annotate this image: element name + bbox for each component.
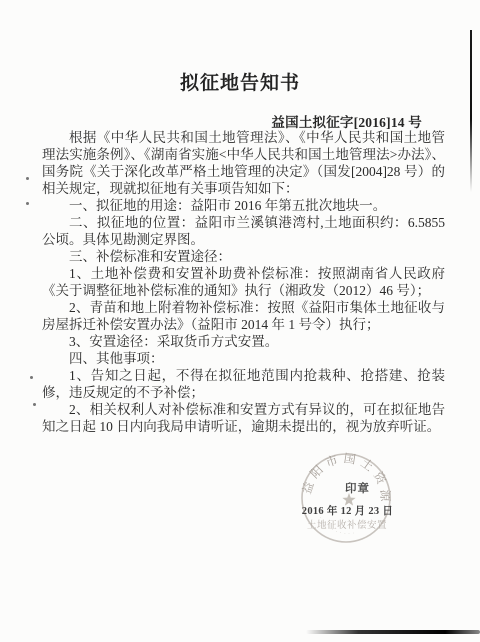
document-page: 拟征地告知书 益国土拟征字[2016]14 号 根据《中华人民共和国土地管理法》… xyxy=(0,0,480,642)
official-seal: 益阳市国土资源局 印章 2016 年 12 月 23 日 土地征收补偿安置 ··… xyxy=(296,450,398,550)
seal-bottom-text: 土地征收补偿安置 xyxy=(307,519,387,531)
seal-label: 印章 xyxy=(345,481,370,495)
paragraph-item3-compensation-heading: 三、补偿标准和安置途径： xyxy=(42,248,445,265)
paragraph-item2-location: 二、拟征地的位置：益阳市兰溪镇港湾村,土地面积约：6.5855 公顷。具体见勘测… xyxy=(42,214,445,248)
document-body: 根据《中华人民共和国土地管理法》、《中华人民共和国土地管理法实施条例》、《湖南省… xyxy=(42,129,445,435)
document-number: 益国土拟征字[2016]14 号 xyxy=(271,111,422,131)
scan-artifact-right-edge xyxy=(470,30,472,192)
scan-speck xyxy=(26,202,29,205)
scan-speck xyxy=(33,403,36,406)
paragraph-sub1-land-compensation: 1、土地补偿费和安置补助费补偿标准：按照湖南省人民政府《关于调整征地补偿标准的通… xyxy=(42,265,445,299)
document-title: 拟征地告知书 xyxy=(0,74,480,94)
paragraph-other2-hearing-right: 2、相关权利人对补偿标准和安置方式有异议的，可在拟征地告知之日起 10 日内向我… xyxy=(42,401,445,435)
paragraph-item4-other-heading: 四、其他事项： xyxy=(42,350,445,367)
paragraph-item1-purpose: 一、拟征地的用途：益阳市 2016 年第五批次地块一。 xyxy=(42,197,445,214)
scan-speck xyxy=(26,177,29,180)
scan-speck xyxy=(30,376,33,379)
paragraph-legal-basis: 根据《中华人民共和国土地管理法》、《中华人民共和国土地管理法实施条例》、《湖南省… xyxy=(42,129,445,197)
paragraph-sub3-resettlement: 3、安置途径：采取货币方式安置。 xyxy=(42,333,445,350)
scan-artifact-bottom-edge xyxy=(306,630,480,634)
paragraph-sub2-crops-compensation: 2、青苗和地上附着物补偿标准：按照《益阳市集体土地征收与房屋拆迁补偿安置办法》（… xyxy=(42,299,445,333)
seal-date: 2016 年 12 月 23 日 xyxy=(302,504,393,517)
paragraph-other1-no-rush-build: 1、告知之日起，不得在拟征地范围内抢栽种、抢搭建、抢装修，违反规定的不予补偿； xyxy=(42,367,445,401)
seal-arc-text: 益阳市国土资源局 xyxy=(296,450,392,506)
